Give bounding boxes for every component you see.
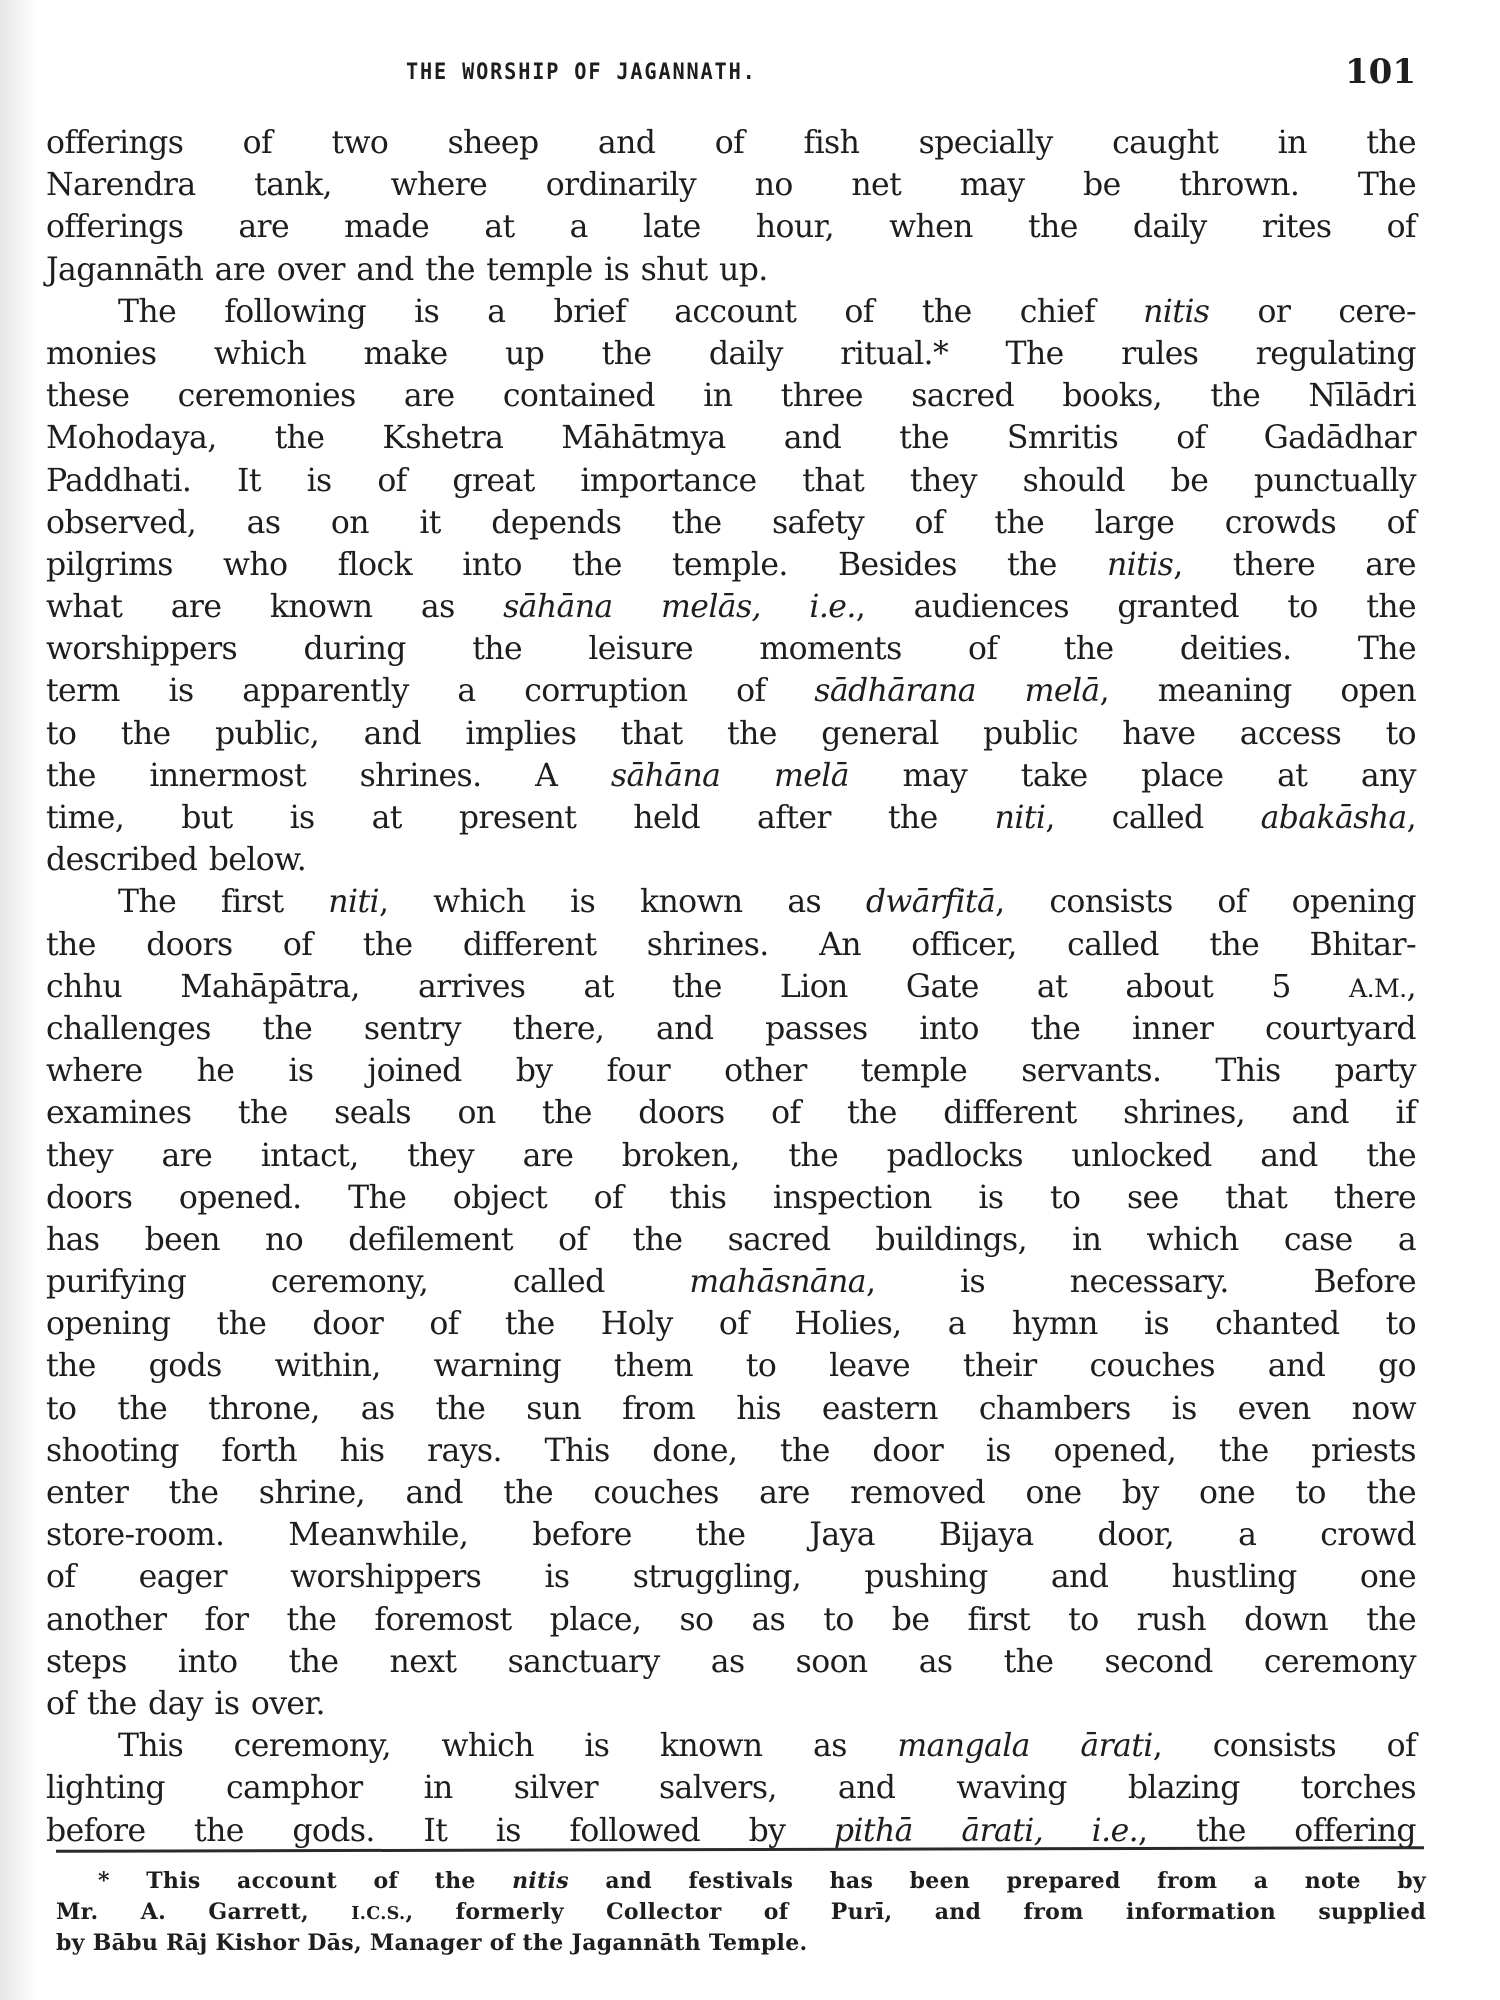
text-run: examines the seals on the doors of the d…	[46, 1095, 1416, 1131]
body-line: to the throne, as the sun from his easte…	[46, 1388, 1416, 1430]
text-run: pilgrims who flock into the temple. Besi…	[46, 547, 1107, 583]
running-head: THE WORSHIP OF JAGANNATH. 101	[46, 52, 1416, 92]
footnote: * This account of the nitis and festival…	[56, 1866, 1426, 1959]
body-line: described below.	[46, 839, 1416, 881]
body-line: lighting camphor in silver salvers, and …	[46, 1767, 1416, 1809]
italic-term: nitis	[512, 1868, 569, 1894]
text-run: Narendra tank, where ordinarily no net m…	[46, 167, 1416, 203]
text-run: store-room. Meanwhile, before the Jaya B…	[46, 1517, 1416, 1553]
text-run: The following is a brief account of the …	[118, 294, 1143, 330]
body-line: examines the seals on the doors of the d…	[46, 1092, 1416, 1134]
text-run: another for the foremost place, so as to…	[46, 1602, 1416, 1638]
text-run: opening the door of the Holy of Holies, …	[46, 1306, 1416, 1342]
body-line: pilgrims who flock into the temple. Besi…	[46, 544, 1416, 586]
text-run: offerings of two sheep and of fish speci…	[46, 125, 1416, 161]
italic-term: sādhārana melā	[814, 673, 1099, 709]
running-head-title: THE WORSHIP OF JAGANNATH.	[406, 60, 757, 85]
text-run: observed, as on it depends the safety of…	[46, 505, 1416, 541]
body-line: has been no defilement of the sacred bui…	[46, 1219, 1416, 1261]
text-run: enter the shrine, and the couches are re…	[46, 1475, 1416, 1511]
text-run: where he is joined by four other temple …	[46, 1053, 1416, 1089]
body-line: the doors of the different shrines. An o…	[46, 924, 1416, 966]
text-run: by Bābu Rāj Kishor Dās, Manager of the J…	[56, 1930, 807, 1956]
text-run: Jagannāth are over and the temple is shu…	[46, 252, 768, 288]
text-run: purifying ceremony, called	[46, 1264, 689, 1300]
italic-term: sāhāna melā	[611, 758, 849, 794]
page-number: 101	[1345, 52, 1416, 92]
text-run: , there are	[1173, 547, 1416, 583]
body-line: they are intact, they are broken, the pa…	[46, 1135, 1416, 1177]
italic-term: niti	[995, 800, 1046, 836]
small-caps-text: I.C.S.	[351, 1903, 405, 1924]
text-run: Mr. A. Garrett,	[56, 1899, 351, 1925]
body-line: to the public, and implies that the gene…	[46, 713, 1416, 755]
text-run: these ceremonies are contained in three …	[46, 378, 1416, 414]
body-line: purifying ceremony, called mahāsnāna, is…	[46, 1261, 1416, 1303]
body-line: the gods within, warning them to leave t…	[46, 1345, 1416, 1387]
text-run: * This account of the	[98, 1868, 512, 1894]
footnote-line: Mr. A. Garrett, I.C.S., formerly Collect…	[56, 1897, 1426, 1928]
body-line: term is apparently a corruption of sādhā…	[46, 670, 1416, 712]
italic-term: pithā ārati, i.e.	[834, 1813, 1138, 1849]
text-run: the innermost shrines. A	[46, 758, 611, 794]
body-line: Paddhati. It is of great importance that…	[46, 460, 1416, 502]
text-run: the doors of the different shrines. An o…	[46, 927, 1416, 963]
text-run: to the throne, as the sun from his easte…	[46, 1391, 1416, 1427]
text-run: or cere-	[1209, 294, 1416, 330]
text-run: shooting forth his rays. This done, the …	[46, 1433, 1416, 1469]
text-run: chhu Mahāpātra, arrives at the Lion Gate…	[46, 969, 1349, 1005]
footnote-line: by Bābu Rāj Kishor Dās, Manager of the J…	[56, 1928, 1426, 1959]
text-run: and festivals has been prepared from a n…	[569, 1868, 1426, 1894]
text-run: , formerly Collector of Purī, and from i…	[405, 1899, 1426, 1925]
text-run: before the gods. It is followed by	[46, 1813, 834, 1849]
text-run: , meaning open	[1100, 673, 1416, 709]
text-run: doors opened. The object of this inspect…	[46, 1180, 1416, 1216]
italic-term: mahāsnāna	[689, 1264, 866, 1300]
text-run: described below.	[46, 842, 306, 878]
text-run: Mohodaya, the Kshetra Māhātmya and the S…	[46, 420, 1416, 456]
text-run: may take place at any	[849, 758, 1416, 794]
text-run: lighting camphor in silver salvers, and …	[46, 1770, 1416, 1806]
body-line: observed, as on it depends the safety of…	[46, 502, 1416, 544]
text-run: , audiences granted to the	[856, 589, 1416, 625]
body-line: of the day is over.	[46, 1683, 1416, 1725]
body-line: of eager worshippers is struggling, push…	[46, 1556, 1416, 1598]
text-run: This ceremony, which is known as	[118, 1728, 897, 1764]
italic-term: sāhāna melās, i.e.	[503, 589, 856, 625]
text-run: , consists of opening	[995, 884, 1416, 920]
italic-term: niti	[328, 884, 379, 920]
text-run: worshippers during the leisure moments o…	[46, 631, 1416, 667]
body-line: the innermost shrines. A sāhāna melā may…	[46, 755, 1416, 797]
scan-gutter-shadow	[0, 0, 40, 2000]
text-run: of the day is over.	[46, 1686, 325, 1722]
text-run: they are intact, they are broken, the pa…	[46, 1138, 1416, 1174]
body-line: these ceremonies are contained in three …	[46, 375, 1416, 417]
body-line: Narendra tank, where ordinarily no net m…	[46, 164, 1416, 206]
text-run: of eager worshippers is struggling, push…	[46, 1559, 1416, 1595]
body-line: Jagannāth are over and the temple is shu…	[46, 249, 1416, 291]
text-run: , the offering	[1138, 1813, 1416, 1849]
body-line: store-room. Meanwhile, before the Jaya B…	[46, 1514, 1416, 1556]
body-line: offerings are made at a late hour, when …	[46, 206, 1416, 248]
text-run: what are known as	[46, 589, 503, 625]
body-line: enter the shrine, and the couches are re…	[46, 1472, 1416, 1514]
text-run: steps into the next sanctuary as soon as…	[46, 1644, 1416, 1680]
italic-term: nitis	[1107, 547, 1173, 583]
text-run: , is necessary. Before	[866, 1264, 1416, 1300]
body-line: monies which make up the daily ritual.* …	[46, 333, 1416, 375]
body-line: Mohodaya, the Kshetra Māhātmya and the S…	[46, 417, 1416, 459]
body-line: steps into the next sanctuary as soon as…	[46, 1641, 1416, 1683]
text-run: , which is known as	[379, 884, 866, 920]
body-line: shooting forth his rays. This done, the …	[46, 1430, 1416, 1472]
body-line: This ceremony, which is known as mangala…	[46, 1725, 1416, 1767]
text-run: has been no defilement of the sacred bui…	[46, 1222, 1416, 1258]
italic-term: nitis	[1143, 294, 1209, 330]
body-line: time, but is at present held after the n…	[46, 797, 1416, 839]
text-run: the gods within, warning them to leave t…	[46, 1348, 1416, 1384]
italic-term: mangala ārati	[897, 1728, 1152, 1764]
italic-term: dwārfitā	[866, 884, 995, 920]
body-line: before the gods. It is followed by pithā…	[46, 1810, 1416, 1852]
text-run: ,	[1407, 800, 1416, 836]
body-line: doors opened. The object of this inspect…	[46, 1177, 1416, 1219]
text-run: challenges the sentry there, and passes …	[46, 1011, 1416, 1047]
text-run: ,	[1407, 969, 1416, 1005]
body-line: chhu Mahāpātra, arrives at the Lion Gate…	[46, 966, 1416, 1008]
text-run: time, but is at present held after the	[46, 800, 995, 836]
small-caps-text: A.M.	[1349, 974, 1407, 1003]
text-run: offerings are made at a late hour, when …	[46, 209, 1416, 245]
body-line: The first niti, which is known as dwārfi…	[46, 881, 1416, 923]
body-text: offerings of two sheep and of fish speci…	[46, 122, 1416, 1852]
body-line: worshippers during the leisure moments o…	[46, 628, 1416, 670]
text-run: , consists of	[1153, 1728, 1416, 1764]
italic-term: abakāsha	[1261, 800, 1407, 836]
footnote-line: * This account of the nitis and festival…	[56, 1866, 1426, 1897]
text-run: Paddhati. It is of great importance that…	[46, 463, 1416, 499]
text-run: , called	[1045, 800, 1260, 836]
body-line: offerings of two sheep and of fish speci…	[46, 122, 1416, 164]
body-line: challenges the sentry there, and passes …	[46, 1008, 1416, 1050]
text-run: monies which make up the daily ritual.* …	[46, 336, 1416, 372]
body-line: where he is joined by four other temple …	[46, 1050, 1416, 1092]
body-line: another for the foremost place, so as to…	[46, 1599, 1416, 1641]
body-line: The following is a brief account of the …	[46, 291, 1416, 333]
text-run: to the public, and implies that the gene…	[46, 716, 1416, 752]
body-line: what are known as sāhāna melās, i.e., au…	[46, 586, 1416, 628]
text-run: The first	[118, 884, 328, 920]
body-line: opening the door of the Holy of Holies, …	[46, 1303, 1416, 1345]
text-run: term is apparently a corruption of	[46, 673, 814, 709]
